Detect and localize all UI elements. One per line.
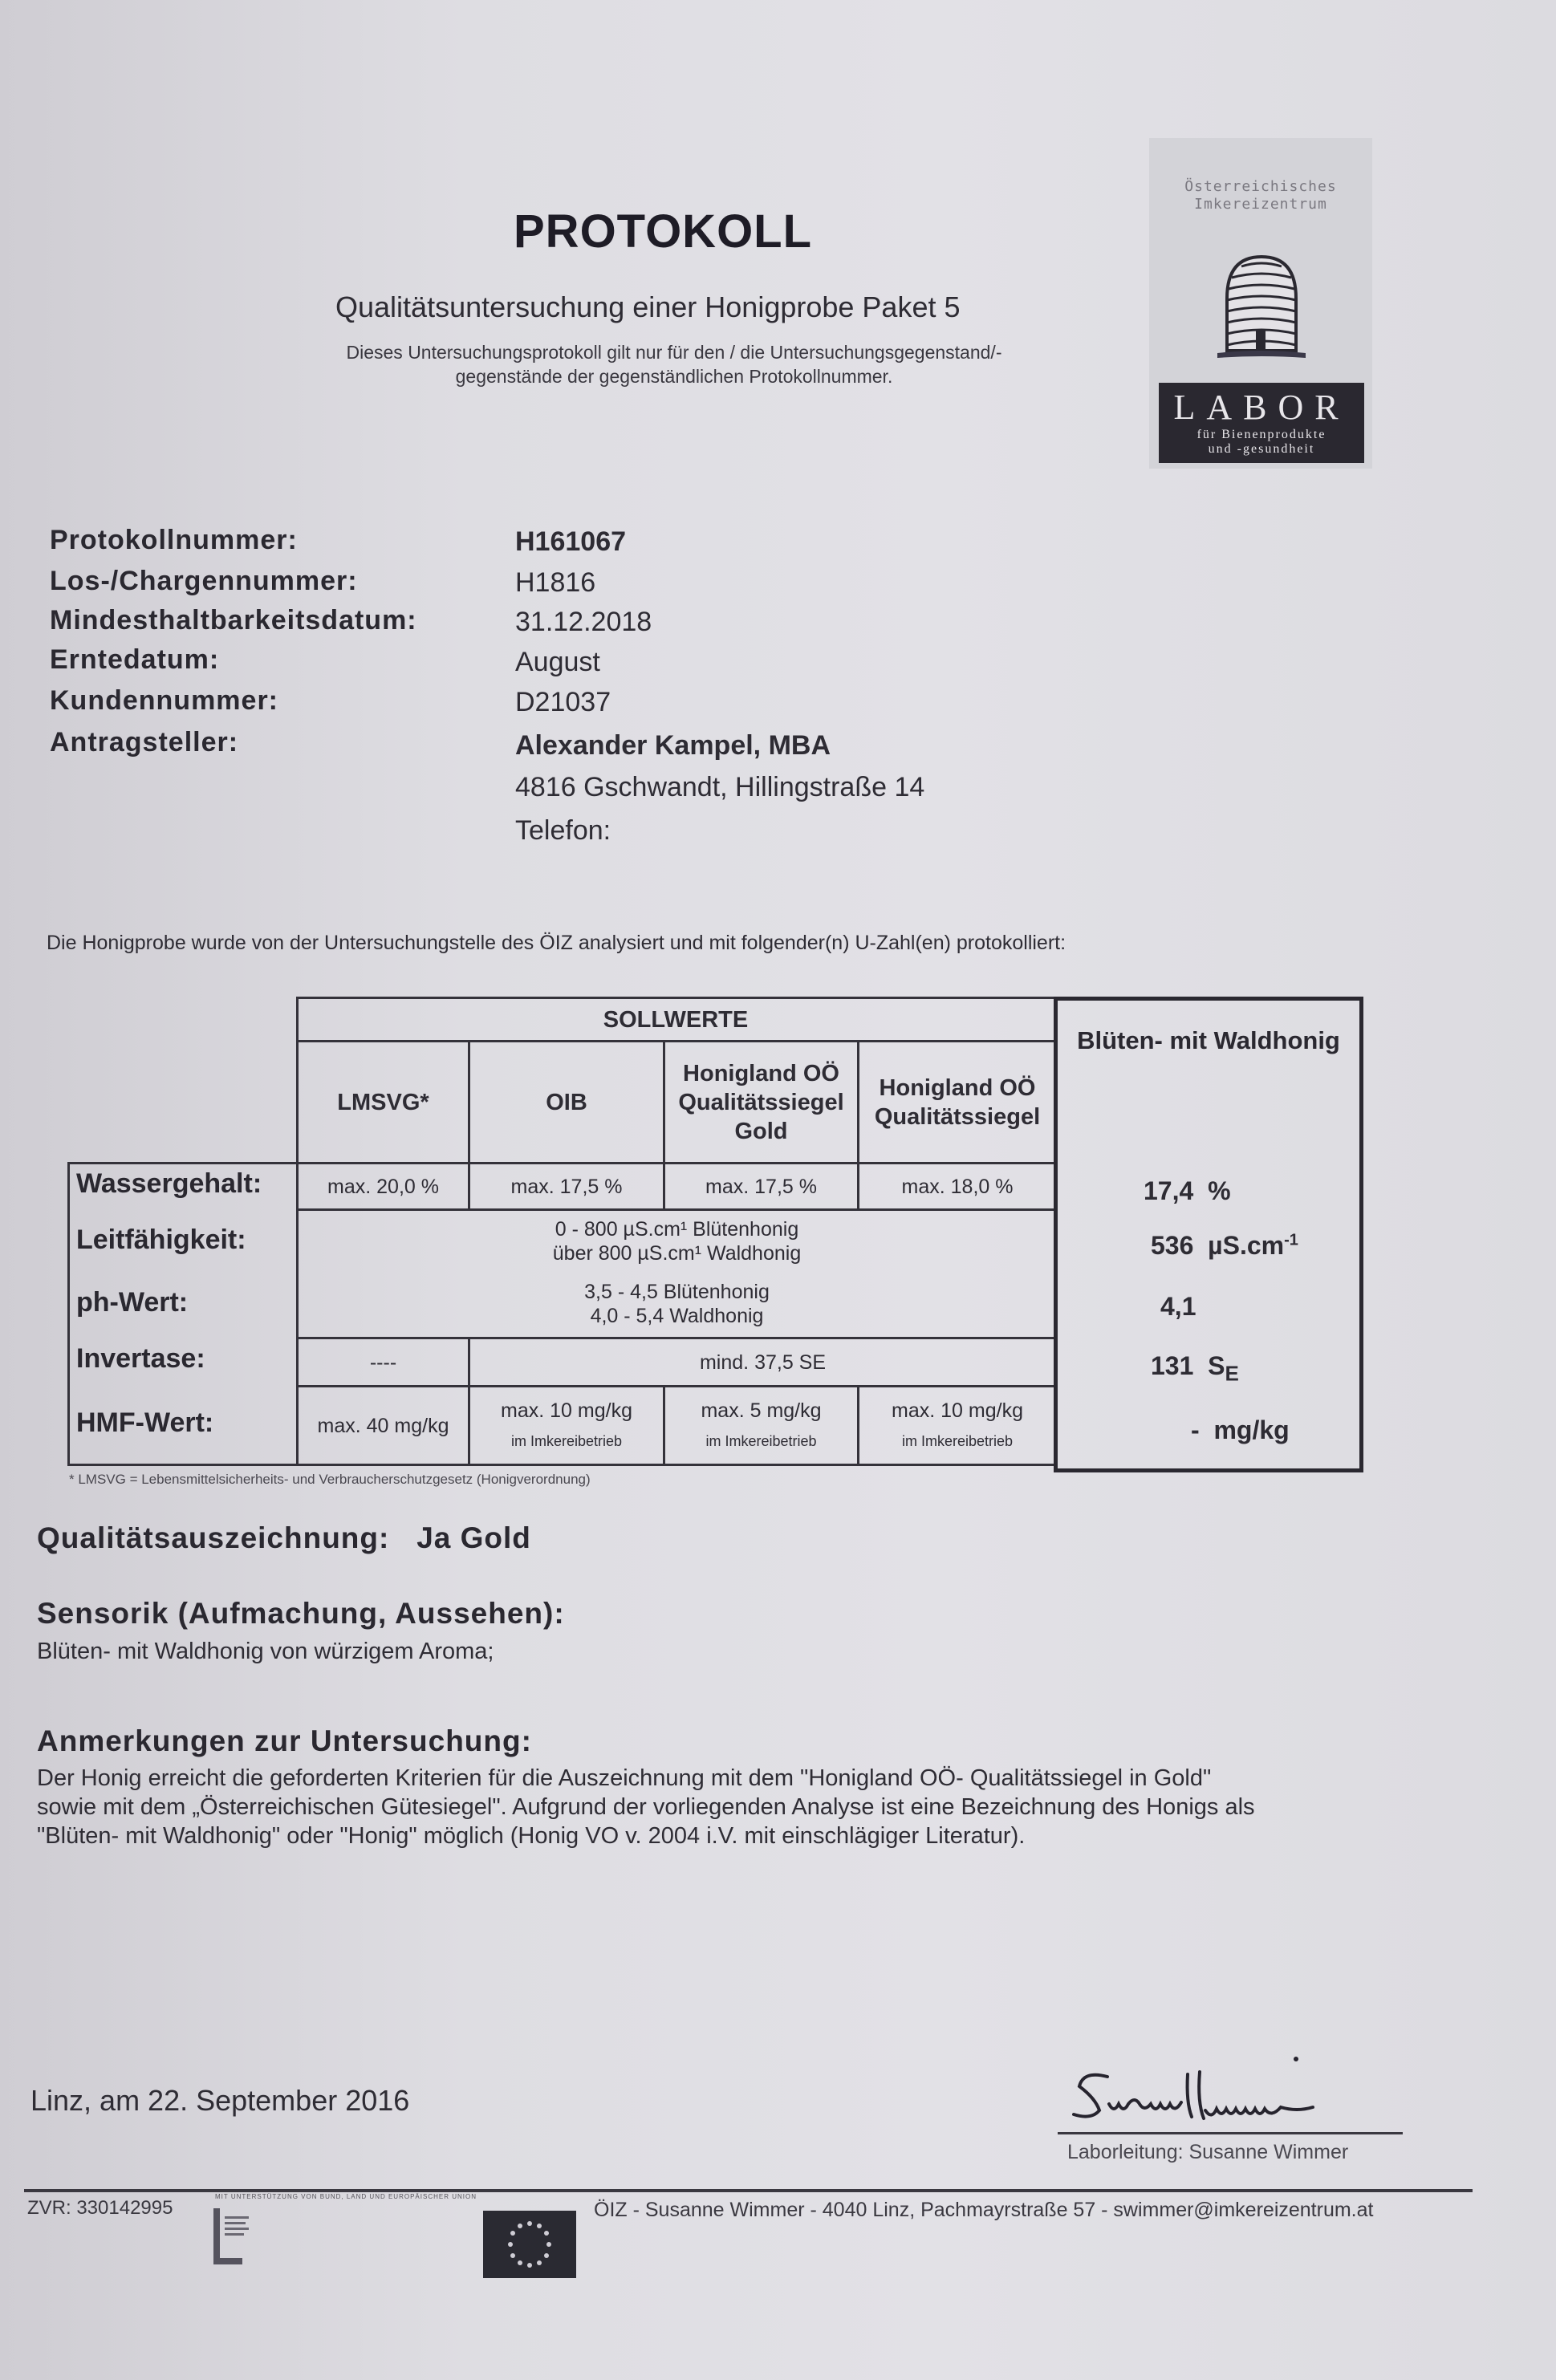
cell-leitfaehigkeit-merged: 0 - 800 µS.cm¹ Blütenhonig über 800 µS.c… (299, 1212, 1055, 1271)
col-header-oib: OIB (470, 1042, 663, 1162)
table-footnote: * LMSVG = Lebensmittelsicherheits- und V… (69, 1472, 591, 1488)
footer-divider (24, 2189, 1473, 2192)
remarks-line-3: "Blüten- mit Waldhonig" oder "Honig" mög… (37, 1822, 1255, 1850)
hmf-gold-value: max. 5 mg/kg (701, 1399, 821, 1423)
result-hmf-unit: mg/kg (1213, 1415, 1289, 1444)
signature-icon (1067, 2054, 1404, 2130)
result-wassergehalt: 17,4 % (1144, 1176, 1231, 1206)
disclaimer-line-1: Dieses Untersuchungsprotokoll gilt nur f… (273, 340, 1075, 364)
cell-ph-merged: 3,5 - 4,5 Blütenhonig 4,0 - 5,4 Waldhoni… (299, 1274, 1055, 1334)
cell-hmf-siegel: max. 10 mg/kg im Imkereibetrieb (859, 1387, 1055, 1464)
logo-labor-sub-1: für Bienenprodukte (1159, 428, 1364, 442)
footer-address: ÖIZ - Susanne Wimmer - 4040 Linz, Pachma… (594, 2199, 1373, 2222)
result-invertase-value: 131 (1151, 1351, 1193, 1380)
result-invertase: 131 SE (1151, 1351, 1239, 1386)
quality-award-label: Qualitätsauszeichnung: (37, 1521, 389, 1554)
remarks-text: Der Honig erreicht die geforderten Krite… (37, 1764, 1255, 1850)
leitfaehigkeit-range-waldhonig: über 800 µS.cm¹ Waldhonig (553, 1241, 801, 1265)
result-leitfaehigkeit-unit: µS.cm (1208, 1231, 1284, 1260)
result-invertase-unit: S (1208, 1351, 1225, 1380)
cell-invertase-lmsvg: ---- (299, 1339, 468, 1385)
hmf-oib-value: max. 10 mg/kg (501, 1399, 632, 1423)
applicant-address: 4816 Gschwandt, Hillingstraße 14 (515, 772, 924, 803)
result-wassergehalt-unit: % (1208, 1176, 1230, 1205)
remarks-line-2: sowie mit dem „Österreichischen Gütesieg… (37, 1793, 1255, 1822)
result-ph-value: 4,1 (1160, 1292, 1196, 1321)
disclaimer-line-2: gegenstände der gegenständlichen Protoko… (273, 364, 1075, 388)
document-subtitle: Qualitätsuntersuchung einer Honigprobe P… (335, 290, 961, 324)
result-invertase-unit-sub: E (1225, 1361, 1239, 1385)
result-leitfaehigkeit-value: 536 (1151, 1231, 1193, 1260)
result-leitfaehigkeit: 536 µS.cm-1 (1151, 1231, 1298, 1261)
label-kundennummer: Kundennummer: (50, 685, 278, 717)
cell-wasser-gold: max. 17,5 % (665, 1164, 857, 1208)
cell-wasser-siegel: max. 18,0 % (859, 1164, 1055, 1208)
sensory-text: Blüten- mit Waldhonig von würzigem Aroma… (37, 1637, 494, 1666)
row-label-invertase: Invertase: (76, 1343, 205, 1375)
remarks-heading: Anmerkungen zur Untersuchung: (37, 1724, 532, 1758)
value-chargennummer: H1816 (515, 567, 595, 599)
ph-range-bluetenhonig: 3,5 - 4,5 Blütenhonig (584, 1280, 770, 1304)
applicant-phone-label: Telefon: (515, 815, 611, 847)
beehive-icon (1217, 250, 1306, 363)
eu-flag-icon (483, 2211, 576, 2278)
row-label-wassergehalt: Wassergehalt: (76, 1168, 262, 1200)
col-header-honigland: Honigland OÖ Qualitätssiegel (859, 1042, 1055, 1162)
label-antragsteller: Antragsteller: (50, 727, 238, 758)
value-protokollnummer: H161067 (515, 526, 626, 558)
logo-labor-box: LABOR für Bienenprodukte und -gesundheit (1159, 383, 1364, 463)
value-mhd: 31.12.2018 (515, 607, 652, 638)
sponsor-text: MIT UNTERSTÜTZUNG VON BUND, LAND UND EUR… (215, 2193, 477, 2200)
logo-labor-word: LABOR (1159, 383, 1364, 428)
logo-labor-sub-2: und -gesundheit (1159, 442, 1364, 457)
quality-award-value: Ja Gold (416, 1521, 531, 1554)
header-sollwerte: SOLLWERTE (299, 999, 1053, 1040)
document-title: PROTOKOLL (514, 205, 812, 258)
signature-caption: Laborleitung: Susanne Wimmer (1067, 2141, 1348, 2164)
cell-hmf-lmsvg: max. 40 mg/kg (299, 1387, 468, 1464)
result-header: Blüten- mit Waldhonig (1054, 1026, 1363, 1056)
cell-hmf-gold: max. 5 mg/kg im Imkereibetrieb (665, 1387, 857, 1464)
logo-org-line-1: Österreichisches (1149, 178, 1372, 196)
sensory-heading: Sensorik (Aufmachung, Aussehen): (37, 1597, 565, 1631)
hmf-siegel-note: im Imkereibetrieb (902, 1429, 1013, 1453)
ministry-logo-icon (213, 2208, 262, 2272)
labor-logo: Österreichisches Imkereizentrum LABOR fü… (1149, 138, 1372, 469)
quality-award: Qualitätsauszeichnung: Ja Gold (37, 1521, 531, 1555)
disclaimer: Dieses Untersuchungsprotokoll gilt nur f… (273, 340, 1075, 388)
result-ph-wert: 4,1 (1160, 1292, 1196, 1322)
result-hmf: - mg/kg (1191, 1415, 1290, 1445)
label-erntedatum: Erntedatum: (50, 644, 219, 676)
value-erntedatum: August (515, 647, 600, 678)
signature-line (1058, 2132, 1403, 2134)
analysis-intro: Die Honigprobe wurde von der Untersuchun… (47, 932, 1066, 955)
remarks-line-1: Der Honig erreicht die geforderten Krite… (37, 1764, 1255, 1793)
value-kundennummer: D21037 (515, 687, 611, 718)
cell-hmf-oib: max. 10 mg/kg im Imkereibetrieb (470, 1387, 663, 1464)
place-date: Linz, am 22. September 2016 (30, 2084, 409, 2118)
row-label-ph-wert: ph-Wert: (76, 1287, 188, 1318)
label-protokollnummer: Protokollnummer: (50, 525, 298, 556)
value-antragsteller: Alexander Kampel, MBA (515, 730, 831, 762)
hmf-siegel-value: max. 10 mg/kg (892, 1399, 1023, 1423)
label-mhd: Mindesthaltbarkeitsdatum: (50, 605, 417, 636)
label-chargennummer: Los-/Chargennummer: (50, 566, 358, 597)
row-label-leitfaehigkeit: Leitfähigkeit: (76, 1225, 246, 1256)
ph-range-waldhonig: 4,0 - 5,4 Waldhonig (591, 1304, 764, 1328)
row-label-hmf-wert: HMF-Wert: (76, 1407, 213, 1439)
leitfaehigkeit-range-bluetenhonig: 0 - 800 µS.cm¹ Blütenhonig (555, 1217, 798, 1241)
col-header-lmsvg: LMSVG* (299, 1042, 468, 1162)
col-header-honigland-gold: Honigland OÖ Qualitätssiegel Gold (665, 1042, 857, 1162)
cell-wasser-oib: max. 17,5 % (470, 1164, 663, 1208)
cell-wasser-lmsvg: max. 20,0 % (299, 1164, 468, 1208)
cell-invertase-merged: mind. 37,5 SE (470, 1339, 1055, 1385)
hmf-oib-note: im Imkereibetrieb (511, 1429, 622, 1453)
result-wassergehalt-value: 17,4 (1144, 1176, 1193, 1205)
zvr-number: ZVR: 330142995 (27, 2197, 173, 2220)
logo-org-line-2: Imkereizentrum (1149, 196, 1372, 213)
result-leitfaehigkeit-unit-sup: -1 (1284, 1231, 1298, 1249)
hmf-gold-note: im Imkereibetrieb (705, 1429, 816, 1453)
logo-org-name: Österreichisches Imkereizentrum (1149, 178, 1372, 213)
result-hmf-value: - (1191, 1415, 1200, 1444)
